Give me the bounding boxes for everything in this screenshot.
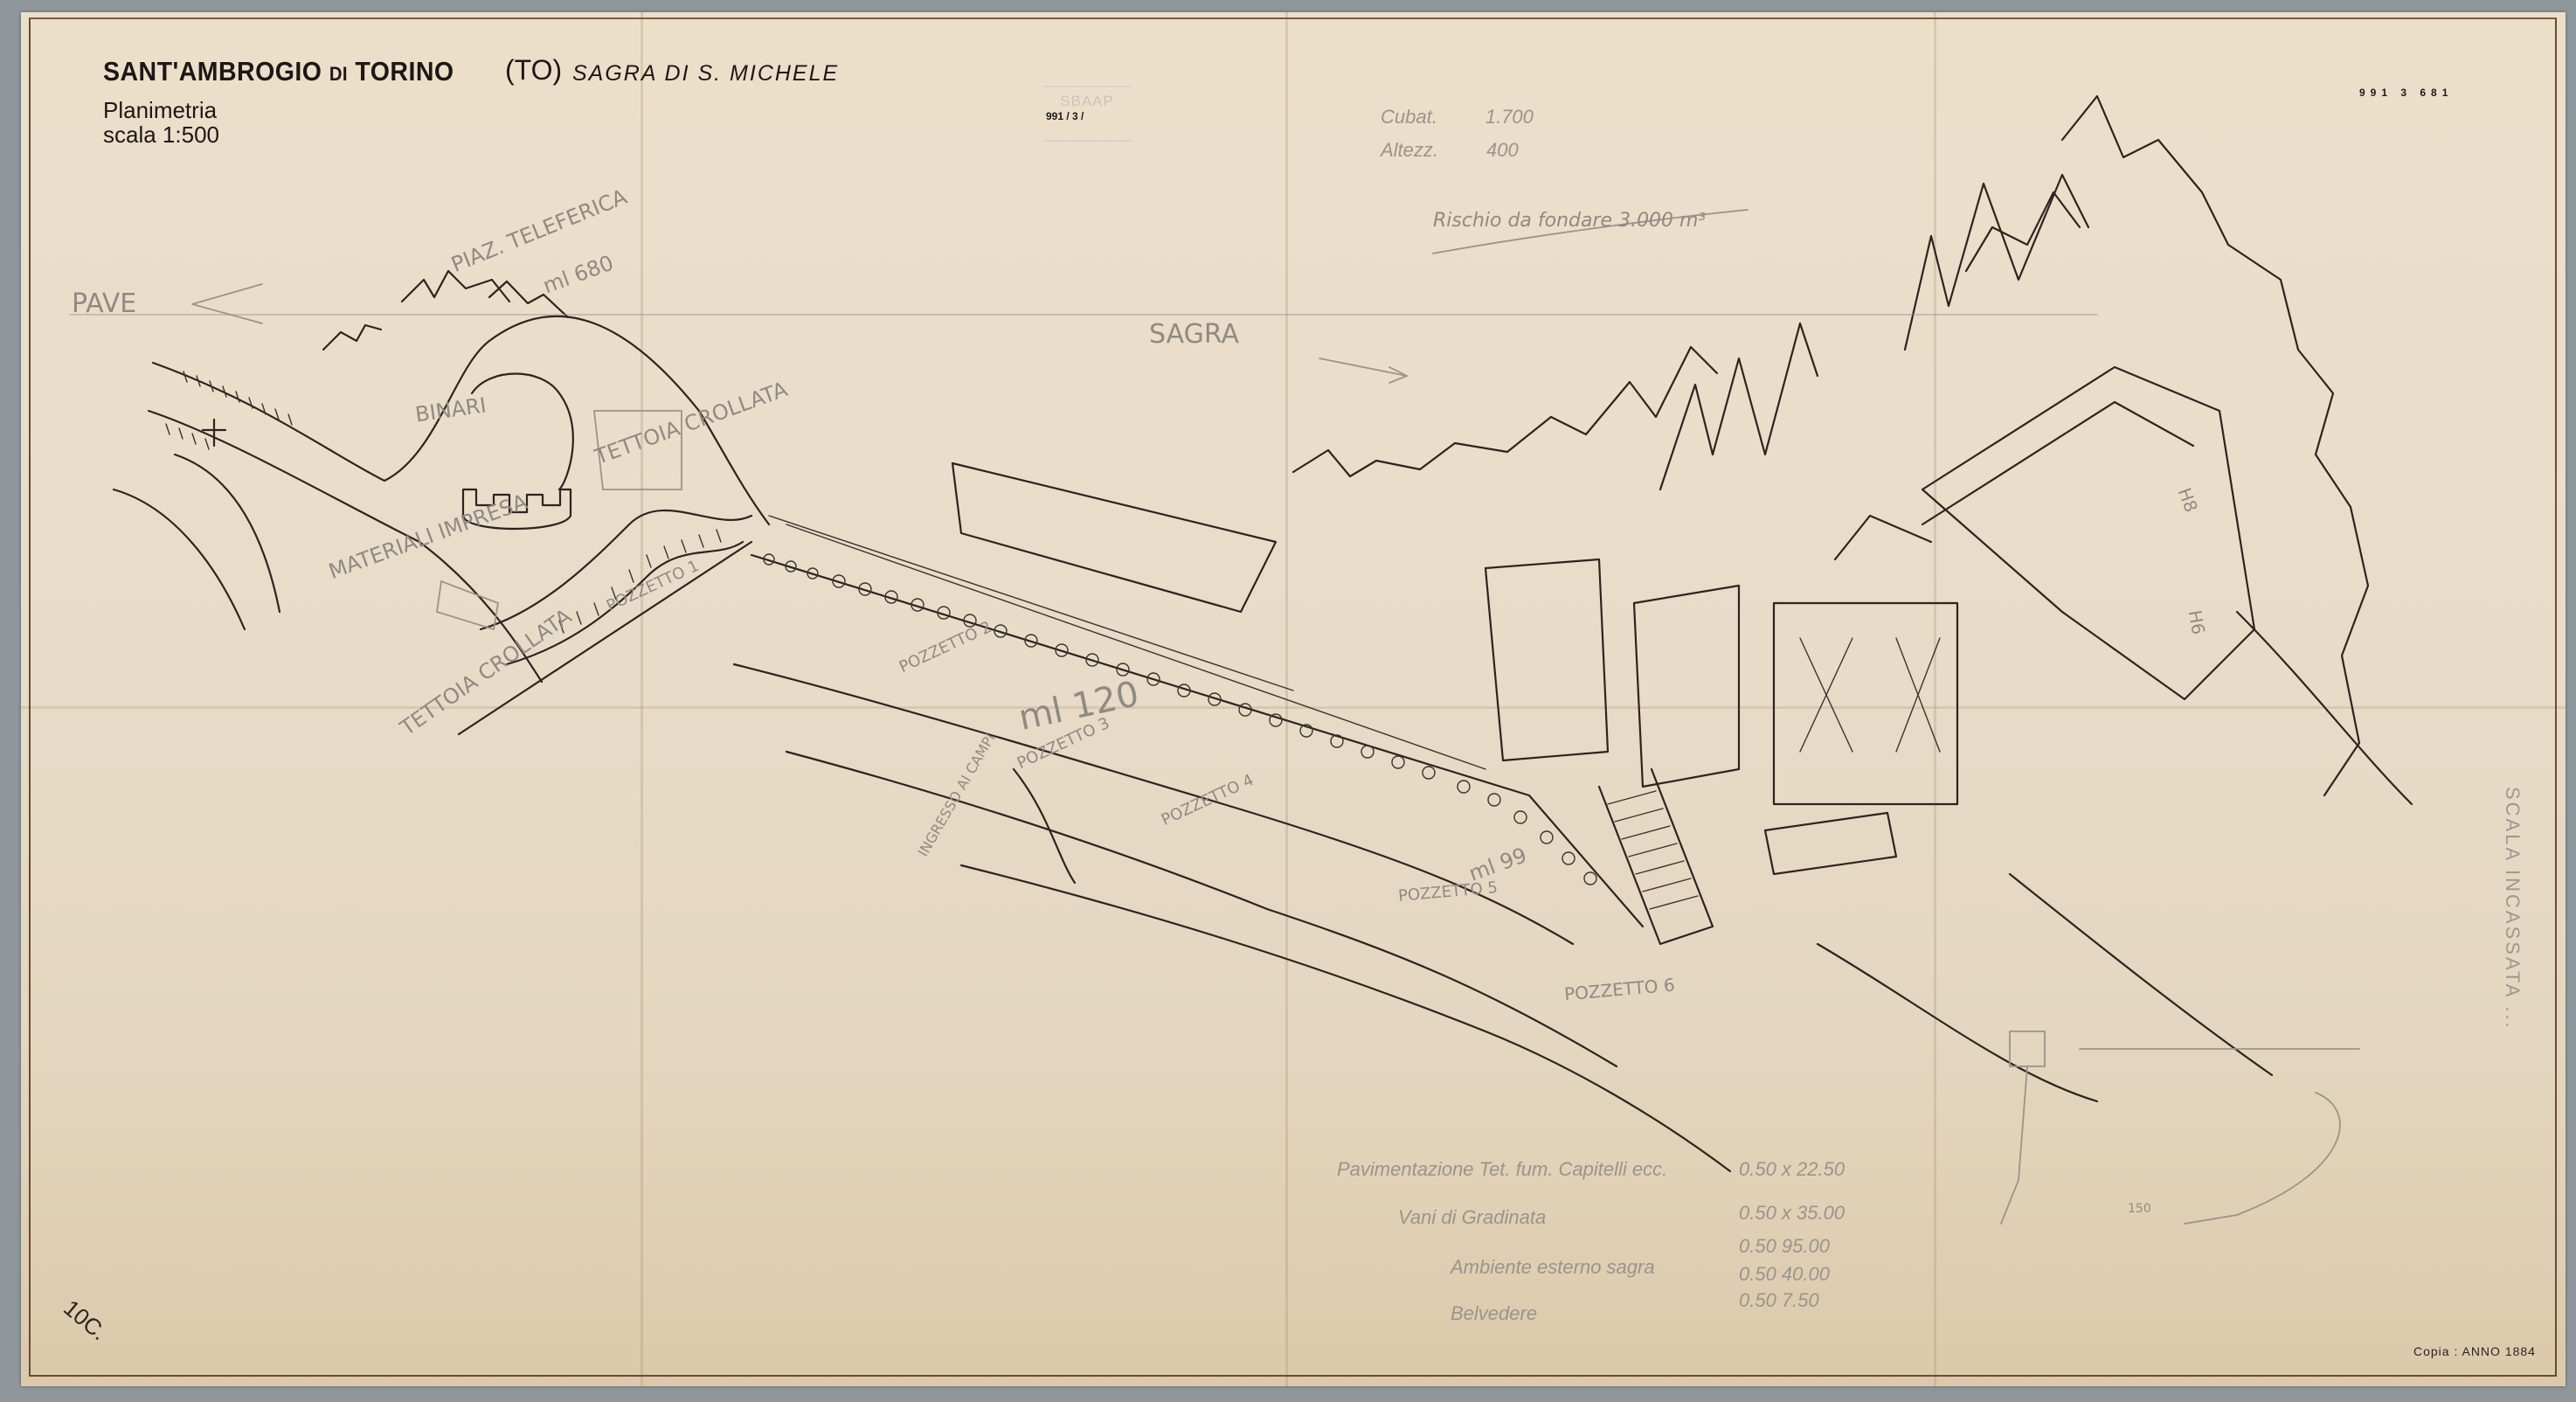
drawing-info: Planimetria scala 1:500 bbox=[103, 98, 219, 147]
note-value: 0.50 40.00 bbox=[1739, 1263, 1830, 1286]
label-sagra: SAGRA bbox=[1149, 319, 1239, 350]
vertical-note: SCALA INCASSATA ... bbox=[2501, 787, 2524, 1031]
pencil-calculations: Cubat. 1.700 Altezz. 400 bbox=[1381, 101, 1534, 167]
note-label: Vani di Gradinata bbox=[1398, 1206, 1546, 1229]
reference-number: 991 3 681 bbox=[2359, 87, 2453, 99]
note-value: 0.50 7.50 bbox=[1739, 1289, 1819, 1312]
note-value: 0.50 x 22.50 bbox=[1739, 1158, 1845, 1181]
label-sketch-dim: 150 bbox=[2128, 1202, 2151, 1216]
stamp-number: 991 / 3 / bbox=[1042, 110, 1132, 122]
copy-note: Copia : ANNO 1884 bbox=[2413, 1344, 2536, 1358]
note-value: 0.50 x 35.00 bbox=[1739, 1202, 1845, 1225]
calc-line-2: Altezz. 400 bbox=[1381, 134, 1534, 167]
drawing-type: Planimetria bbox=[103, 98, 219, 122]
title-province: (TO) bbox=[505, 54, 562, 87]
calc-total-note: Rischio da fondare 3.000 m³ bbox=[1433, 210, 1706, 232]
title-subject: SAGRA DI S. MICHELE bbox=[572, 61, 839, 87]
note-label: Pavimentazione Tet. fum. Capitelli ecc. bbox=[1337, 1158, 1667, 1181]
title-di: DI bbox=[329, 63, 348, 85]
label-h6: H6 bbox=[2185, 608, 2209, 636]
document-title: SANT'AMBROGIO DI TORINO bbox=[103, 56, 454, 87]
drawing-scale: scala 1:500 bbox=[103, 122, 219, 147]
title-place: SANT'AMBROGIO bbox=[103, 56, 322, 87]
note-label: Belvedere bbox=[1451, 1302, 1537, 1325]
note-value: 0.50 95.00 bbox=[1739, 1235, 1830, 1258]
title-city: TORINO bbox=[355, 56, 454, 87]
pencil-notes: Pavimentazione Tet. fum. Capitelli ecc. … bbox=[1337, 1158, 1896, 1333]
site-plan-drawing bbox=[0, 0, 2576, 1402]
calc-line-1: Cubat. 1.700 bbox=[1381, 101, 1534, 134]
note-label: Ambiente esterno sagra bbox=[1451, 1256, 1655, 1279]
label-pave: PAVE bbox=[72, 288, 136, 319]
stamp-label: SBAAP bbox=[1042, 93, 1132, 110]
archive-stamp: SBAAP 991 / 3 / bbox=[1042, 86, 1132, 142]
